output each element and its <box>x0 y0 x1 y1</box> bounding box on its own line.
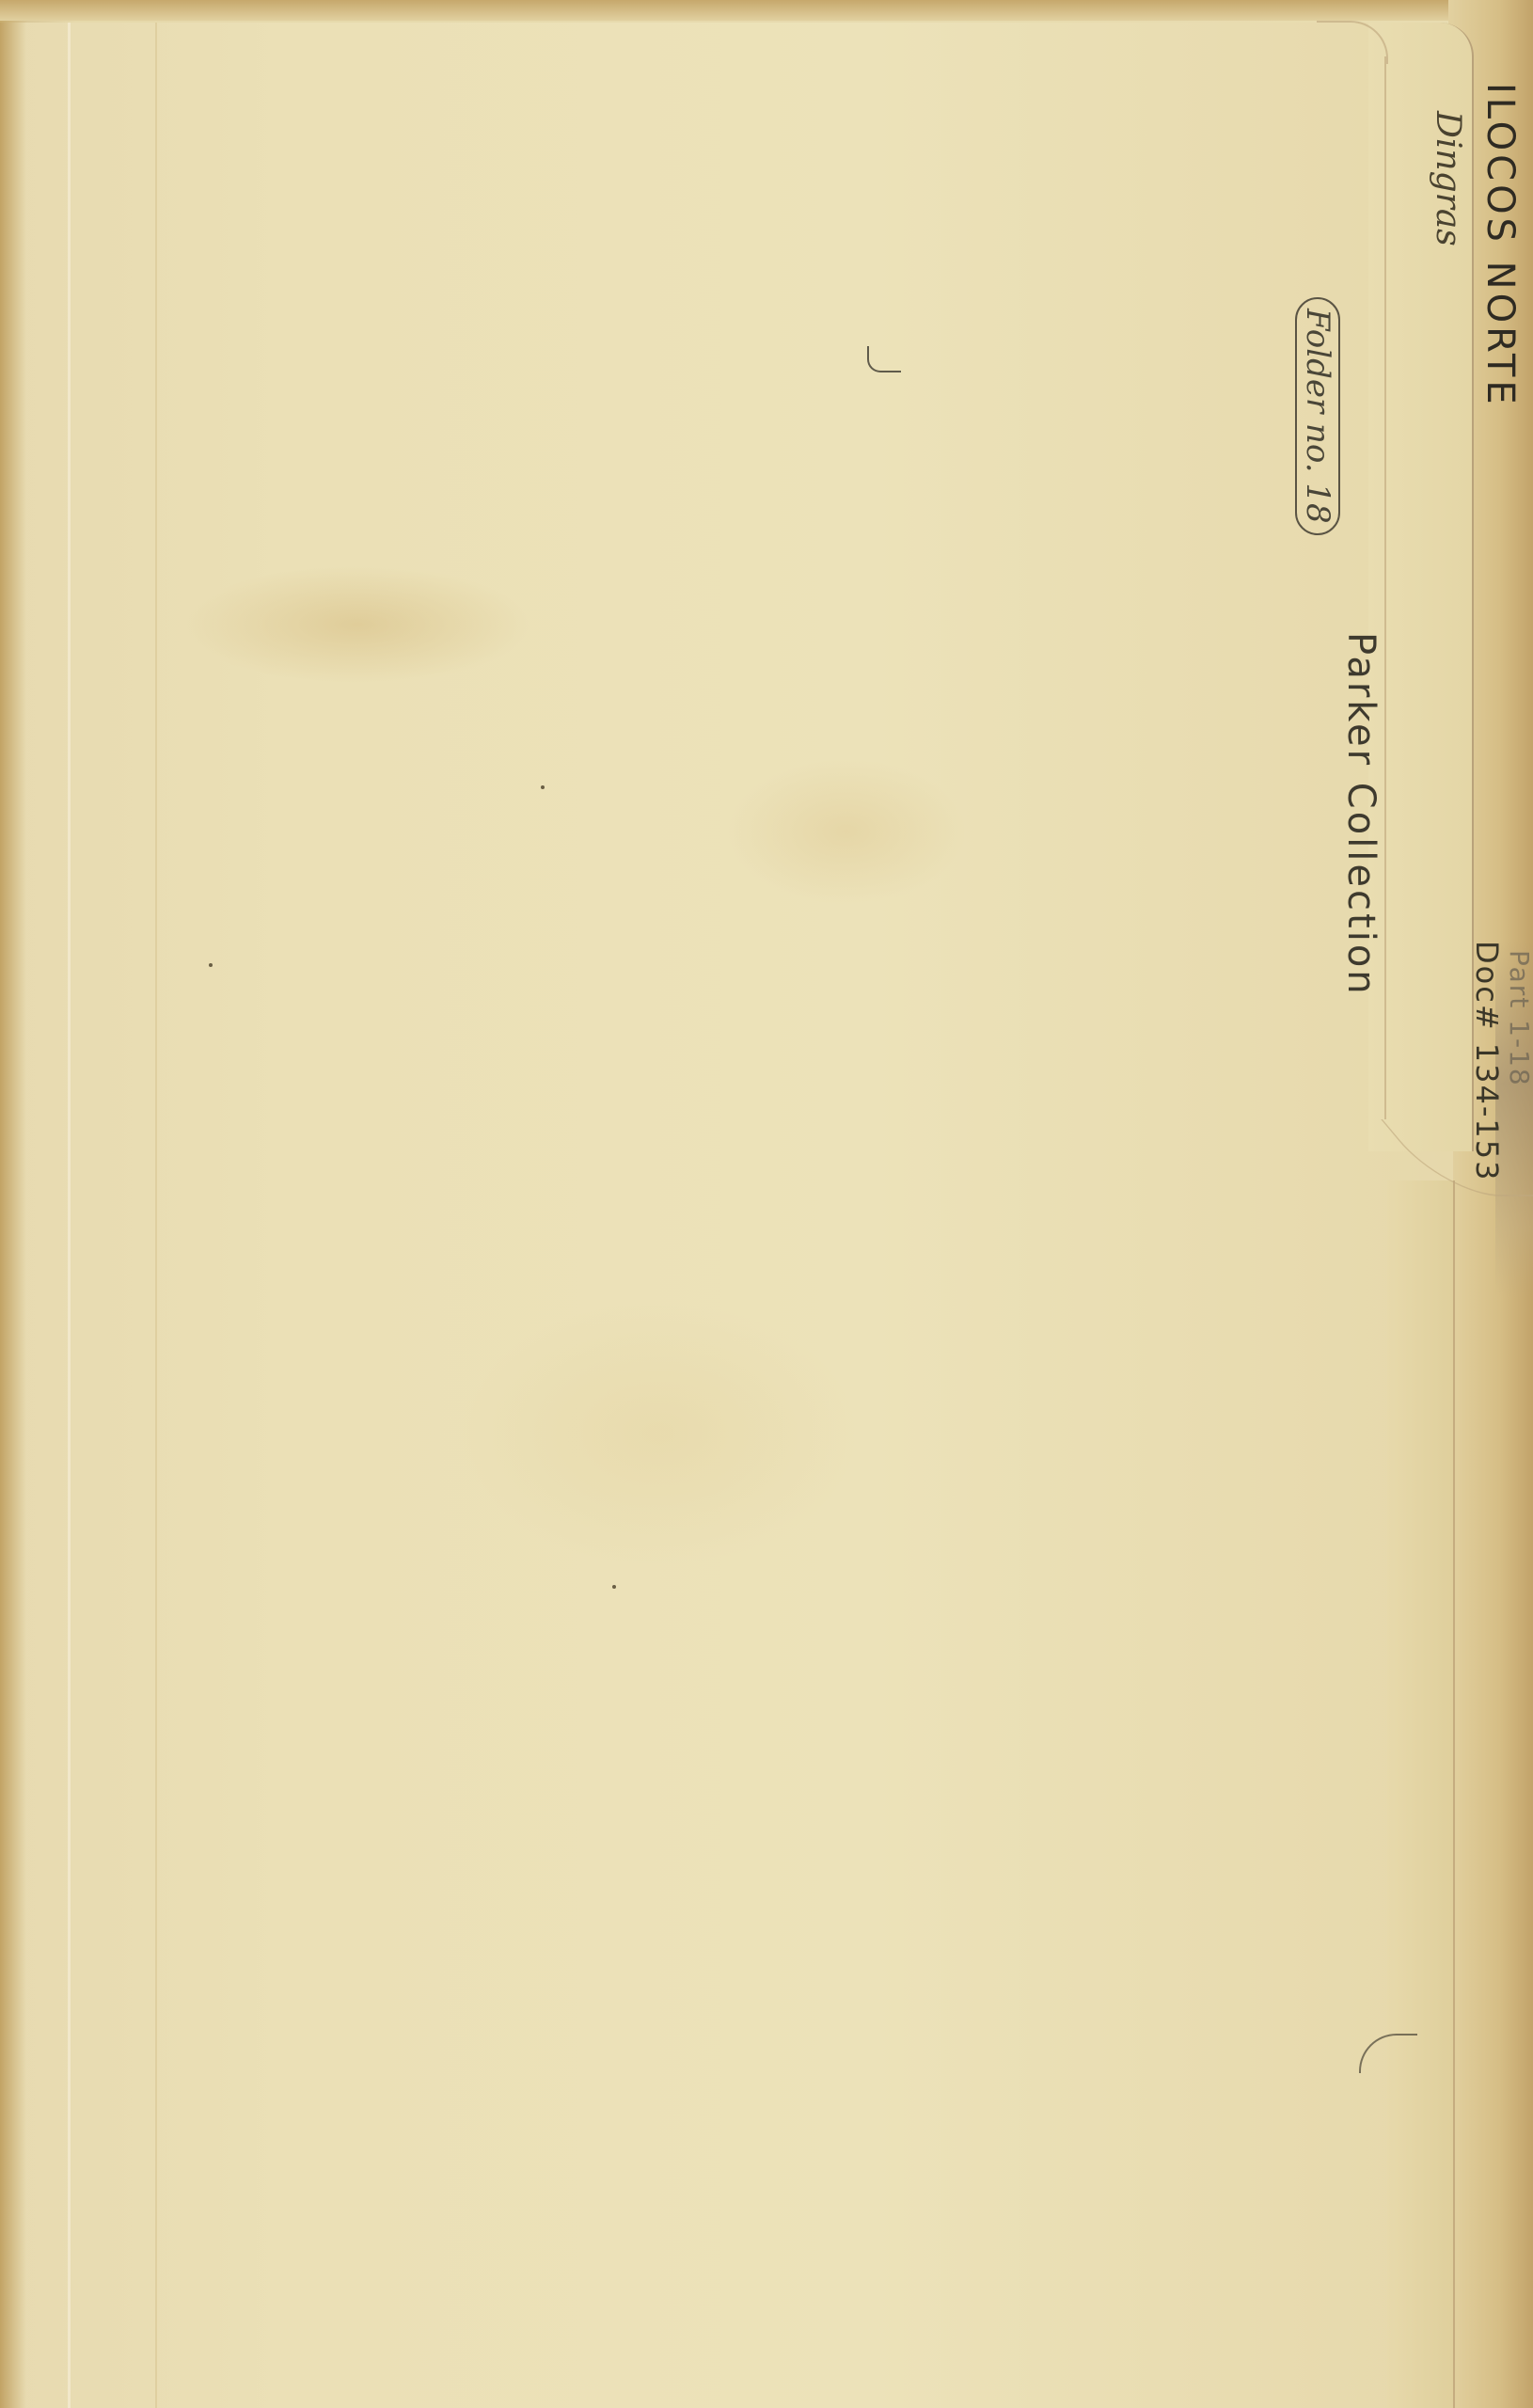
label-town: Dingras <box>1429 111 1467 246</box>
tab-cut-edge <box>1384 56 1386 1119</box>
folder-top-edge <box>0 0 1533 21</box>
speck <box>541 785 545 789</box>
speck <box>209 963 213 967</box>
label-collection: Parker Collection <box>1339 632 1383 997</box>
spine-crease-secondary <box>155 23 157 2408</box>
speck <box>612 1585 616 1589</box>
folder-front-cover <box>0 23 1453 2408</box>
label-region: ILOCOS NORTE <box>1478 83 1522 408</box>
pencil-check-mark <box>867 346 901 372</box>
spine-shadow <box>0 23 26 2408</box>
label-part: Part 1-18 <box>1504 950 1533 1087</box>
folder-body-right-edge <box>1387 1180 1455 2408</box>
label-doc-range: Doc# 134-153 <box>1469 941 1505 1182</box>
spine-crease <box>68 23 71 2408</box>
label-folder-number: Folder no. 18 <box>1295 297 1340 535</box>
